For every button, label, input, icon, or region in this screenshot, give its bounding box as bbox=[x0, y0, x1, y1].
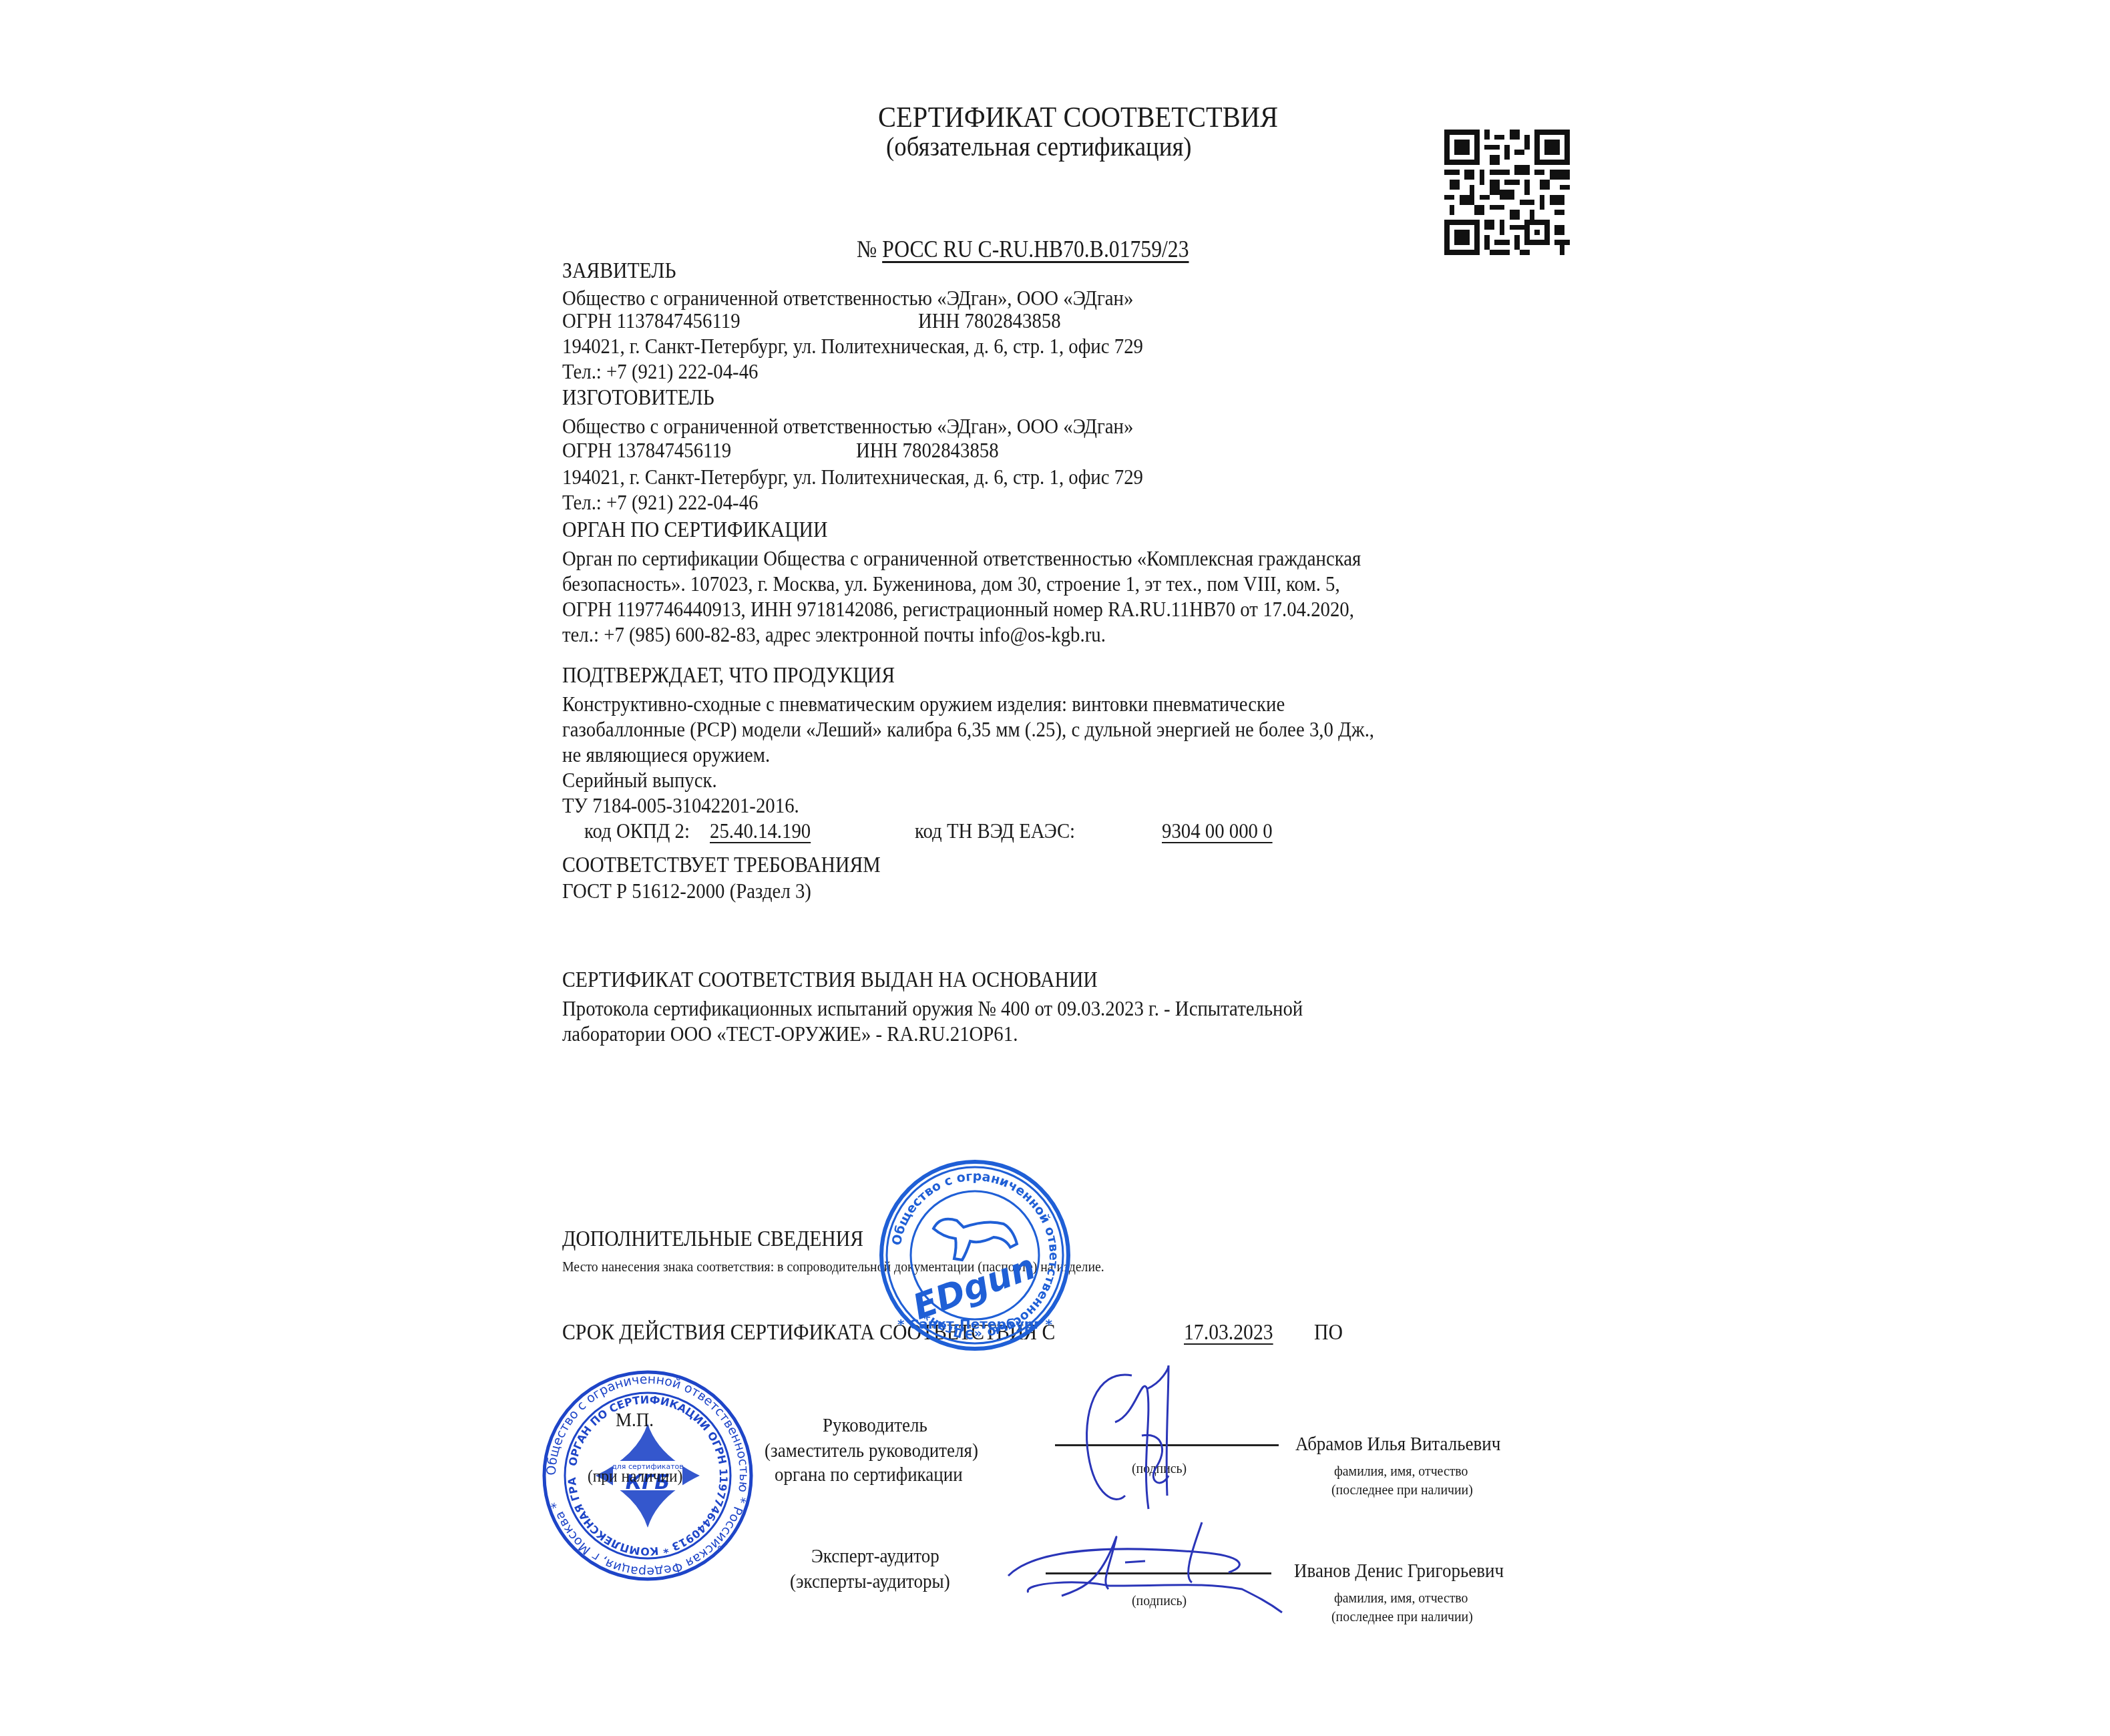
requirements-standard: ГОСТ Р 51612-2000 (Раздел 3) bbox=[562, 879, 811, 903]
head-name-caption: (последнее при наличии) bbox=[1331, 1481, 1473, 1498]
basis-line: лаборатории ООО «ТЕСТ-ОРУЖИЕ» - RA.RU.21… bbox=[562, 1022, 1018, 1046]
number-value: РОСС RU C-RU.НВ70.В.01759/23 bbox=[882, 236, 1189, 262]
requirements-heading: СООТВЕТСТВУЕТ ТРЕБОВАНИЯМ bbox=[562, 853, 881, 878]
manufacturer-heading: ИЗГОТОВИТЕЛЬ bbox=[562, 386, 714, 411]
head-name-caption: фамилия, имя, отчество bbox=[1334, 1462, 1468, 1480]
cert-body-line: безопасность». 107023, г. Москва, ул. Бу… bbox=[562, 572, 1340, 596]
okpd-label: код ОКПД 2: bbox=[584, 819, 690, 843]
expert-name: Иванов Денис Григорьевич bbox=[1294, 1560, 1504, 1582]
cert-body-line: ОГРН 1197746440913, ИНН 9718142086, реги… bbox=[562, 597, 1354, 622]
certificate-page: СЕРТИФИКАТ СООТВЕТСТВИЯ (обязательная се… bbox=[0, 0, 2110, 1736]
seal-note: (при наличии) bbox=[588, 1466, 682, 1486]
document-title: СЕРТИФИКАТ СООТВЕТСТВИЯ bbox=[878, 100, 1278, 134]
manufacturer-phone: Тел.: +7 (921) 222-04-46 bbox=[562, 490, 758, 515]
applicant-heading: ЗАЯВИТЕЛЬ bbox=[562, 259, 676, 284]
product-line: ТУ 7184-005-31042201-2016. bbox=[562, 793, 799, 818]
product-line: Серийный выпуск. bbox=[562, 768, 717, 793]
product-heading: ПОДТВЕРЖДАЕТ, ЧТО ПРОДУКЦИЯ bbox=[562, 664, 895, 688]
expert-role-line: (эксперты-аудиторы) bbox=[790, 1570, 950, 1593]
applicant-address: 194021, г. Санкт-Петербург, ул. Политехн… bbox=[562, 334, 1143, 359]
tnved-label: код ТН ВЭД ЕАЭС: bbox=[915, 819, 1075, 843]
cert-body-heading: ОРГАН ПО СЕРТИФИКАЦИИ bbox=[562, 518, 827, 543]
head-signature-icon bbox=[1068, 1362, 1242, 1522]
validity-to-label: ПО bbox=[1314, 1321, 1343, 1345]
product-line: не являющиеся оружием. bbox=[562, 742, 770, 767]
certificate-number: № РОСС RU C-RU.НВ70.В.01759/23 bbox=[857, 235, 1189, 263]
tnved-value: 9304 00 000 0 bbox=[1162, 819, 1273, 843]
basis-line: Протокола сертификационных испытаний ору… bbox=[562, 996, 1303, 1021]
expert-role-line: Эксперт-аудитор bbox=[811, 1545, 939, 1568]
applicant-name: Общество с ограниченной ответственностью… bbox=[562, 286, 1133, 310]
expert-signature-icon bbox=[1002, 1516, 1309, 1616]
manufacturer-address: 194021, г. Санкт-Петербург, ул. Политехн… bbox=[562, 465, 1143, 489]
company-stamp-icon: Общество с ограниченной ответственностью… bbox=[875, 1155, 1075, 1355]
expert-name-caption: (последнее при наличии) bbox=[1331, 1608, 1473, 1625]
head-role-line: органа по сертификации bbox=[775, 1464, 963, 1486]
head-role-line: (заместитель руководителя) bbox=[765, 1440, 978, 1462]
manufacturer-ogrn: ОГРН 137847456119 bbox=[562, 438, 731, 463]
basis-heading: СЕРТИФИКАТ СООТВЕТСТВИЯ ВЫДАН НА ОСНОВАН… bbox=[562, 968, 1098, 993]
qr-code-icon bbox=[1444, 129, 1570, 256]
manufacturer-name: Общество с ограниченной ответственностью… bbox=[562, 414, 1133, 439]
applicant-inn: ИНН 7802843858 bbox=[918, 308, 1061, 333]
head-name: Абрамов Илья Витальевич bbox=[1295, 1433, 1500, 1456]
okpd-value: 25.40.14.190 bbox=[710, 819, 811, 843]
seal-label: М.П. bbox=[616, 1409, 654, 1432]
applicant-phone: Тел.: +7 (921) 222-04-46 bbox=[562, 359, 758, 384]
manufacturer-inn: ИНН 7802843858 bbox=[856, 438, 999, 463]
cert-body-line: Орган по сертификации Общества с огранич… bbox=[562, 546, 1361, 571]
cert-body-line: тел.: +7 (985) 600-82-83, адрес электрон… bbox=[562, 622, 1106, 647]
validity-from: 17.03.2023 bbox=[1184, 1321, 1273, 1345]
additional-heading: ДОПОЛНИТЕЛЬНЫЕ СВЕДЕНИЯ bbox=[562, 1227, 863, 1252]
product-line: газобаллонные (PCP) модели «Леший» калиб… bbox=[562, 717, 1374, 742]
applicant-ogrn: ОГРН 1137847456119 bbox=[562, 308, 741, 333]
product-line: Конструктивно-сходные с пневматическим о… bbox=[562, 692, 1285, 716]
expert-name-caption: фамилия, имя, отчество bbox=[1334, 1589, 1468, 1606]
head-role-line: Руководитель bbox=[823, 1414, 927, 1437]
document-subtitle: (обязательная сертификация) bbox=[886, 131, 1192, 162]
number-prefix: № bbox=[857, 236, 877, 262]
